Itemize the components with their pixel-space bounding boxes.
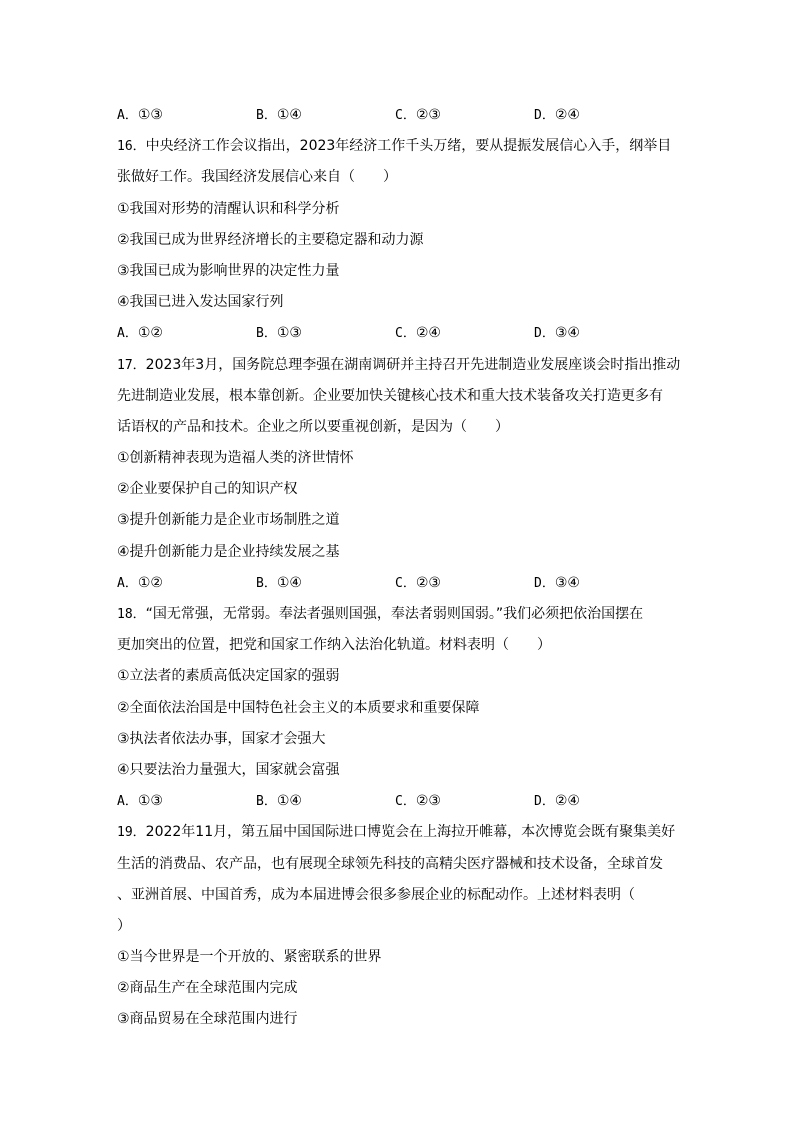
option-b: B．①④ [256, 100, 395, 131]
q17-choice-4: ④提升创新能力是企业持续发展之基 [117, 537, 677, 568]
option-letter: D． [534, 326, 555, 341]
question-text: “国无常强，无常弱。奉法者强则国强，奉法者弱则国弱。”我们必须把依治国摆在 [146, 606, 644, 622]
option-value: ②④ [416, 325, 441, 341]
option-value: ②③ [416, 575, 441, 591]
option-value: ①③ [138, 107, 163, 123]
option-value: ③④ [555, 325, 580, 341]
option-letter: B． [256, 326, 277, 341]
q18-choice-3: ③执法者依法办事，国家才会强大 [117, 724, 677, 755]
option-letter: A． [117, 326, 138, 341]
q17-choice-3: ③提升创新能力是企业市场制胜之道 [117, 505, 677, 536]
option-letter: A． [117, 576, 138, 591]
question-19-stem-line-1: 19．2022年11月，第五届中国国际进口博览会在上海拉开帷幕，本次博览会既有聚… [117, 817, 677, 848]
option-b: B．①④ [256, 786, 395, 817]
option-letter: A． [117, 794, 138, 809]
option-letter: C． [395, 108, 416, 123]
option-value: ②④ [555, 107, 580, 123]
option-letter: D． [534, 108, 555, 123]
q18-choice-2: ②全面依法治国是中国特色社会主义的本质要求和重要保障 [117, 693, 677, 724]
option-c: C．②③ [395, 786, 534, 817]
q15-options: A．①③ B．①④ C．②③ D．②④ [117, 100, 677, 131]
option-value: ①④ [277, 107, 302, 123]
question-17-stem-line-2: 先进制造业发展，根本靠创新。企业要加快关键核心技术和重大技术装备攻关打造更多有 [117, 381, 677, 412]
question-17-stem-line-1: 17．2023年3月，国务院总理李强在湖南调研并主持召开先进制造业发展座谈会时指… [117, 350, 677, 381]
question-text: 2022年11月，第五届中国国际进口博览会在上海拉开帷幕，本次博览会既有聚集美好 [146, 824, 675, 840]
question-18-stem-line-2: 更加突出的位置，把党和国家工作纳入法治化轨道。材料表明（ ） [117, 630, 677, 661]
question-16-stem-line-2: 张做好工作。我国经济发展信心来自（ ） [117, 162, 677, 193]
q17-choice-2: ②企业要保护自己的知识产权 [117, 474, 677, 505]
option-value: ①④ [277, 575, 302, 591]
question-text: 中央经济工作会议指出，2023年经济工作千头万绪，要从提振发展信心入手，纲举目 [146, 138, 672, 154]
q18-options: A．①③ B．①④ C．②③ D．②④ [117, 786, 677, 817]
q17-options: A．①② B．①④ C．②③ D．③④ [117, 568, 677, 599]
question-number: 16． [117, 139, 146, 154]
question-19-stem-line-4: ） [117, 911, 677, 942]
q18-choice-1: ①立法者的素质高低决定国家的强弱 [117, 661, 677, 692]
option-d: D．②④ [534, 100, 673, 131]
q17-choice-1: ①创新精神表现为造福人类的济世情怀 [117, 443, 677, 474]
option-a: A．①② [117, 568, 256, 599]
option-value: ①③ [138, 793, 163, 809]
question-18-stem-line-1: 18．“国无常强，无常弱。奉法者强则国强，奉法者弱则国弱。”我们必须把依治国摆在 [117, 599, 677, 630]
question-number: 17． [117, 358, 146, 373]
option-c: C．②③ [395, 568, 534, 599]
option-letter: D． [534, 576, 555, 591]
option-value: ①② [138, 325, 163, 341]
q16-choice-2: ②我国已成为世界经济增长的主要稳定器和动力源 [117, 225, 677, 256]
question-19-stem-line-3: 、亚洲首展、中国首秀，成为本届进博会很多参展企业的标配动作。上述材料表明（ [117, 880, 677, 911]
question-19-stem-line-2: 生活的消费品、农产品，也有展现全球领先科技的高精尖医疗器械和技术设备，全球首发 [117, 849, 677, 880]
q19-choice-2: ②商品生产在全球范围内完成 [117, 973, 677, 1004]
q18-choice-4: ④只要法治力量强大，国家就会富强 [117, 755, 677, 786]
option-c: C．②④ [395, 318, 534, 349]
question-number: 19． [117, 825, 146, 840]
option-value: ③④ [555, 575, 580, 591]
option-letter: C． [395, 794, 416, 809]
q16-choice-1: ①我国对形势的清醒认识和科学分析 [117, 194, 677, 225]
q16-options: A．①② B．①③ C．②④ D．③④ [117, 318, 677, 349]
option-letter: A． [117, 108, 138, 123]
q19-choice-1: ①当今世界是一个开放的、紧密联系的世界 [117, 942, 677, 973]
option-letter: C． [395, 326, 416, 341]
option-a: A．①③ [117, 786, 256, 817]
q16-choice-4: ④我国已进入发达国家行列 [117, 287, 677, 318]
option-value: ②④ [555, 793, 580, 809]
option-letter: B． [256, 794, 277, 809]
option-letter: B． [256, 108, 277, 123]
question-16-stem-line-1: 16．中央经济工作会议指出，2023年经济工作千头万绪，要从提振发展信心入手，纲… [117, 131, 677, 162]
option-letter: D． [534, 794, 555, 809]
question-number: 18． [117, 607, 146, 622]
question-17-stem-line-3: 话语权的产品和技术。企业之所以要重视创新，是因为（ ） [117, 412, 677, 443]
option-value: ②③ [416, 793, 441, 809]
option-value: ①④ [277, 793, 302, 809]
option-a: A．①② [117, 318, 256, 349]
option-c: C．②③ [395, 100, 534, 131]
q16-choice-3: ③我国已成为影响世界的决定性力量 [117, 256, 677, 287]
option-value: ①② [138, 575, 163, 591]
question-text: 2023年3月，国务院总理李强在湖南调研并主持召开先进制造业发展座谈会时指出推动 [146, 357, 681, 373]
document-page: A．①③ B．①④ C．②③ D．②④ 16．中央经济工作会议指出，2023年经… [117, 100, 677, 1036]
option-value: ②③ [416, 107, 441, 123]
option-value: ①③ [277, 325, 302, 341]
option-b: B．①④ [256, 568, 395, 599]
option-letter: C． [395, 576, 416, 591]
option-letter: B． [256, 576, 277, 591]
q19-choice-3: ③商品贸易在全球范围内进行 [117, 1004, 677, 1035]
option-d: D．③④ [534, 318, 673, 349]
option-d: D．②④ [534, 786, 673, 817]
option-d: D．③④ [534, 568, 673, 599]
option-b: B．①③ [256, 318, 395, 349]
option-a: A．①③ [117, 100, 256, 131]
